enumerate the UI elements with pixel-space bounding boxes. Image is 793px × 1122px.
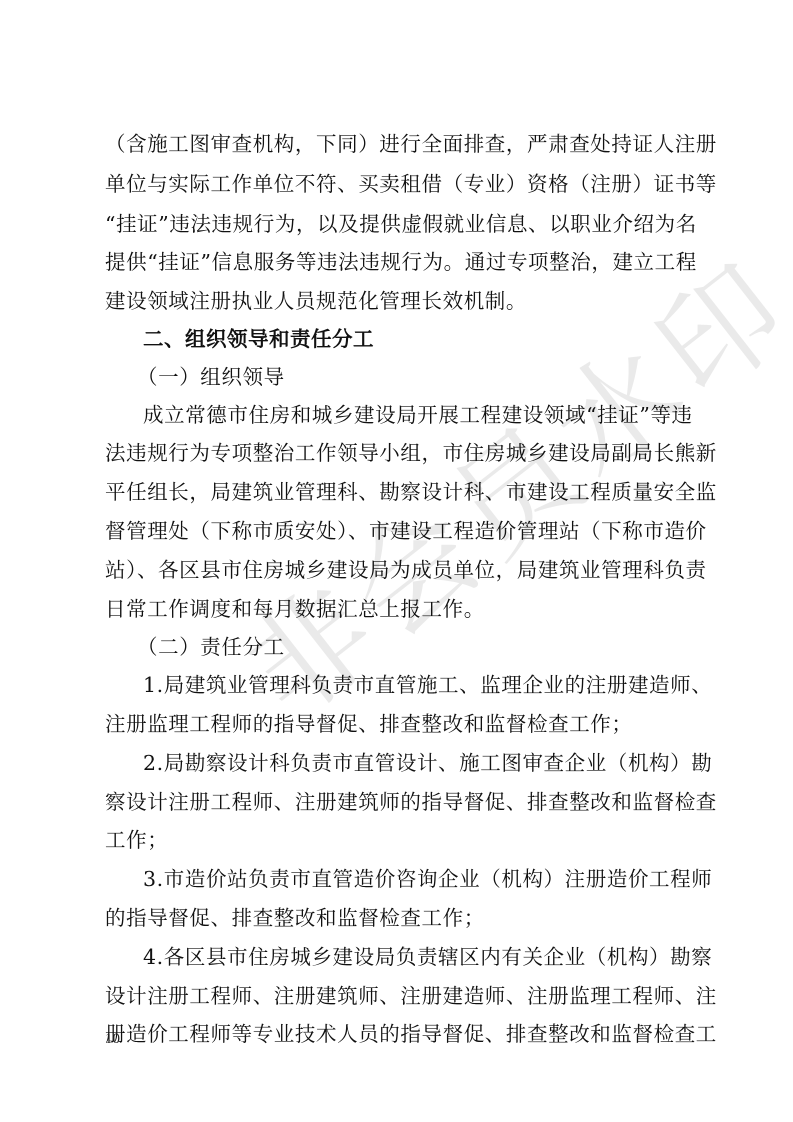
subsection-heading: （一）组织领导 [137,364,684,390]
list-item-line: 2.局勘察设计科负责市直管设计、施工图审查企业（机构）勘 [143,750,690,776]
paragraph-line: 平任组长，局建筑业管理科、勘察设计科、市建设工程质量安全监 [105,479,690,505]
paragraph-line: 单位与实际工作单位不符、买卖租借（专业）资格（注册）证书等 [105,171,690,197]
paragraph-line: 提供“挂证”信息服务等违法违规行为。通过专项整治，建立工程 [105,249,690,275]
subsection-heading: （二）责任分工 [137,634,684,660]
list-item-line: 设计注册工程师、注册建筑师、注册建造师、注册监理工程师、注 [105,983,690,1009]
paragraph-line: 成立常德市住房和城乡建设局开展工程建设领域“挂证”等违 [143,402,690,428]
list-item-line: 4.各区县市住房城乡建设局负责辖区内有关企业（机构）勘察 [143,944,690,970]
paragraph-line: （含施工图审查机构，下同）进行全面排查，严肃查处持证人注册 [105,131,690,157]
document-page: 非会员水印 （含施工图审查机构，下同）进行全面排查，严肃查处持证人注册 单位与实… [0,0,793,1122]
list-item-line: 3.市造价站负责市直管造价咨询企业（机构）注册造价工程师 [143,866,690,892]
list-item-line: 册造价工程师等专业技术人员的指导督促、排查整改和监督检查工 [105,1021,690,1047]
paragraph-line: 法违规行为专项整治工作领导小组，市住房城乡建设局副局长熊新 [105,440,690,466]
paragraph-line: 站）、各区县市住房城乡建设局为成员单位，局建筑业管理科负责 [105,557,690,583]
list-item-line: 察设计注册工程师、注册建筑师的指导督促、排查整改和监督检查 [105,789,690,815]
paragraph-line: 建设领域注册执业人员规范化管理长效机制。 [105,288,690,314]
paragraph-line: 督管理处（下称市质安处）、市建设工程造价管理站（下称市造价 [105,518,690,544]
list-item-line: 1.局建筑业管理科负责市直管施工、监理企业的注册建造师、 [143,672,690,698]
list-item-line: 工作； [105,827,690,853]
paragraph-line: 日常工作调度和每月数据汇总上报工作。 [105,596,690,622]
list-item-line: 注册监理工程师的指导督促、排查整改和监督检查工作； [105,711,690,737]
page-number: 10 [105,1030,120,1048]
paragraph-line: “挂证”违法违规行为，以及提供虚假就业信息、以职业介绍为名 [105,211,690,237]
section-heading: 二、组织领导和责任分工 [143,326,690,352]
list-item-line: 的指导督促、排查整改和监督检查工作； [105,905,690,931]
